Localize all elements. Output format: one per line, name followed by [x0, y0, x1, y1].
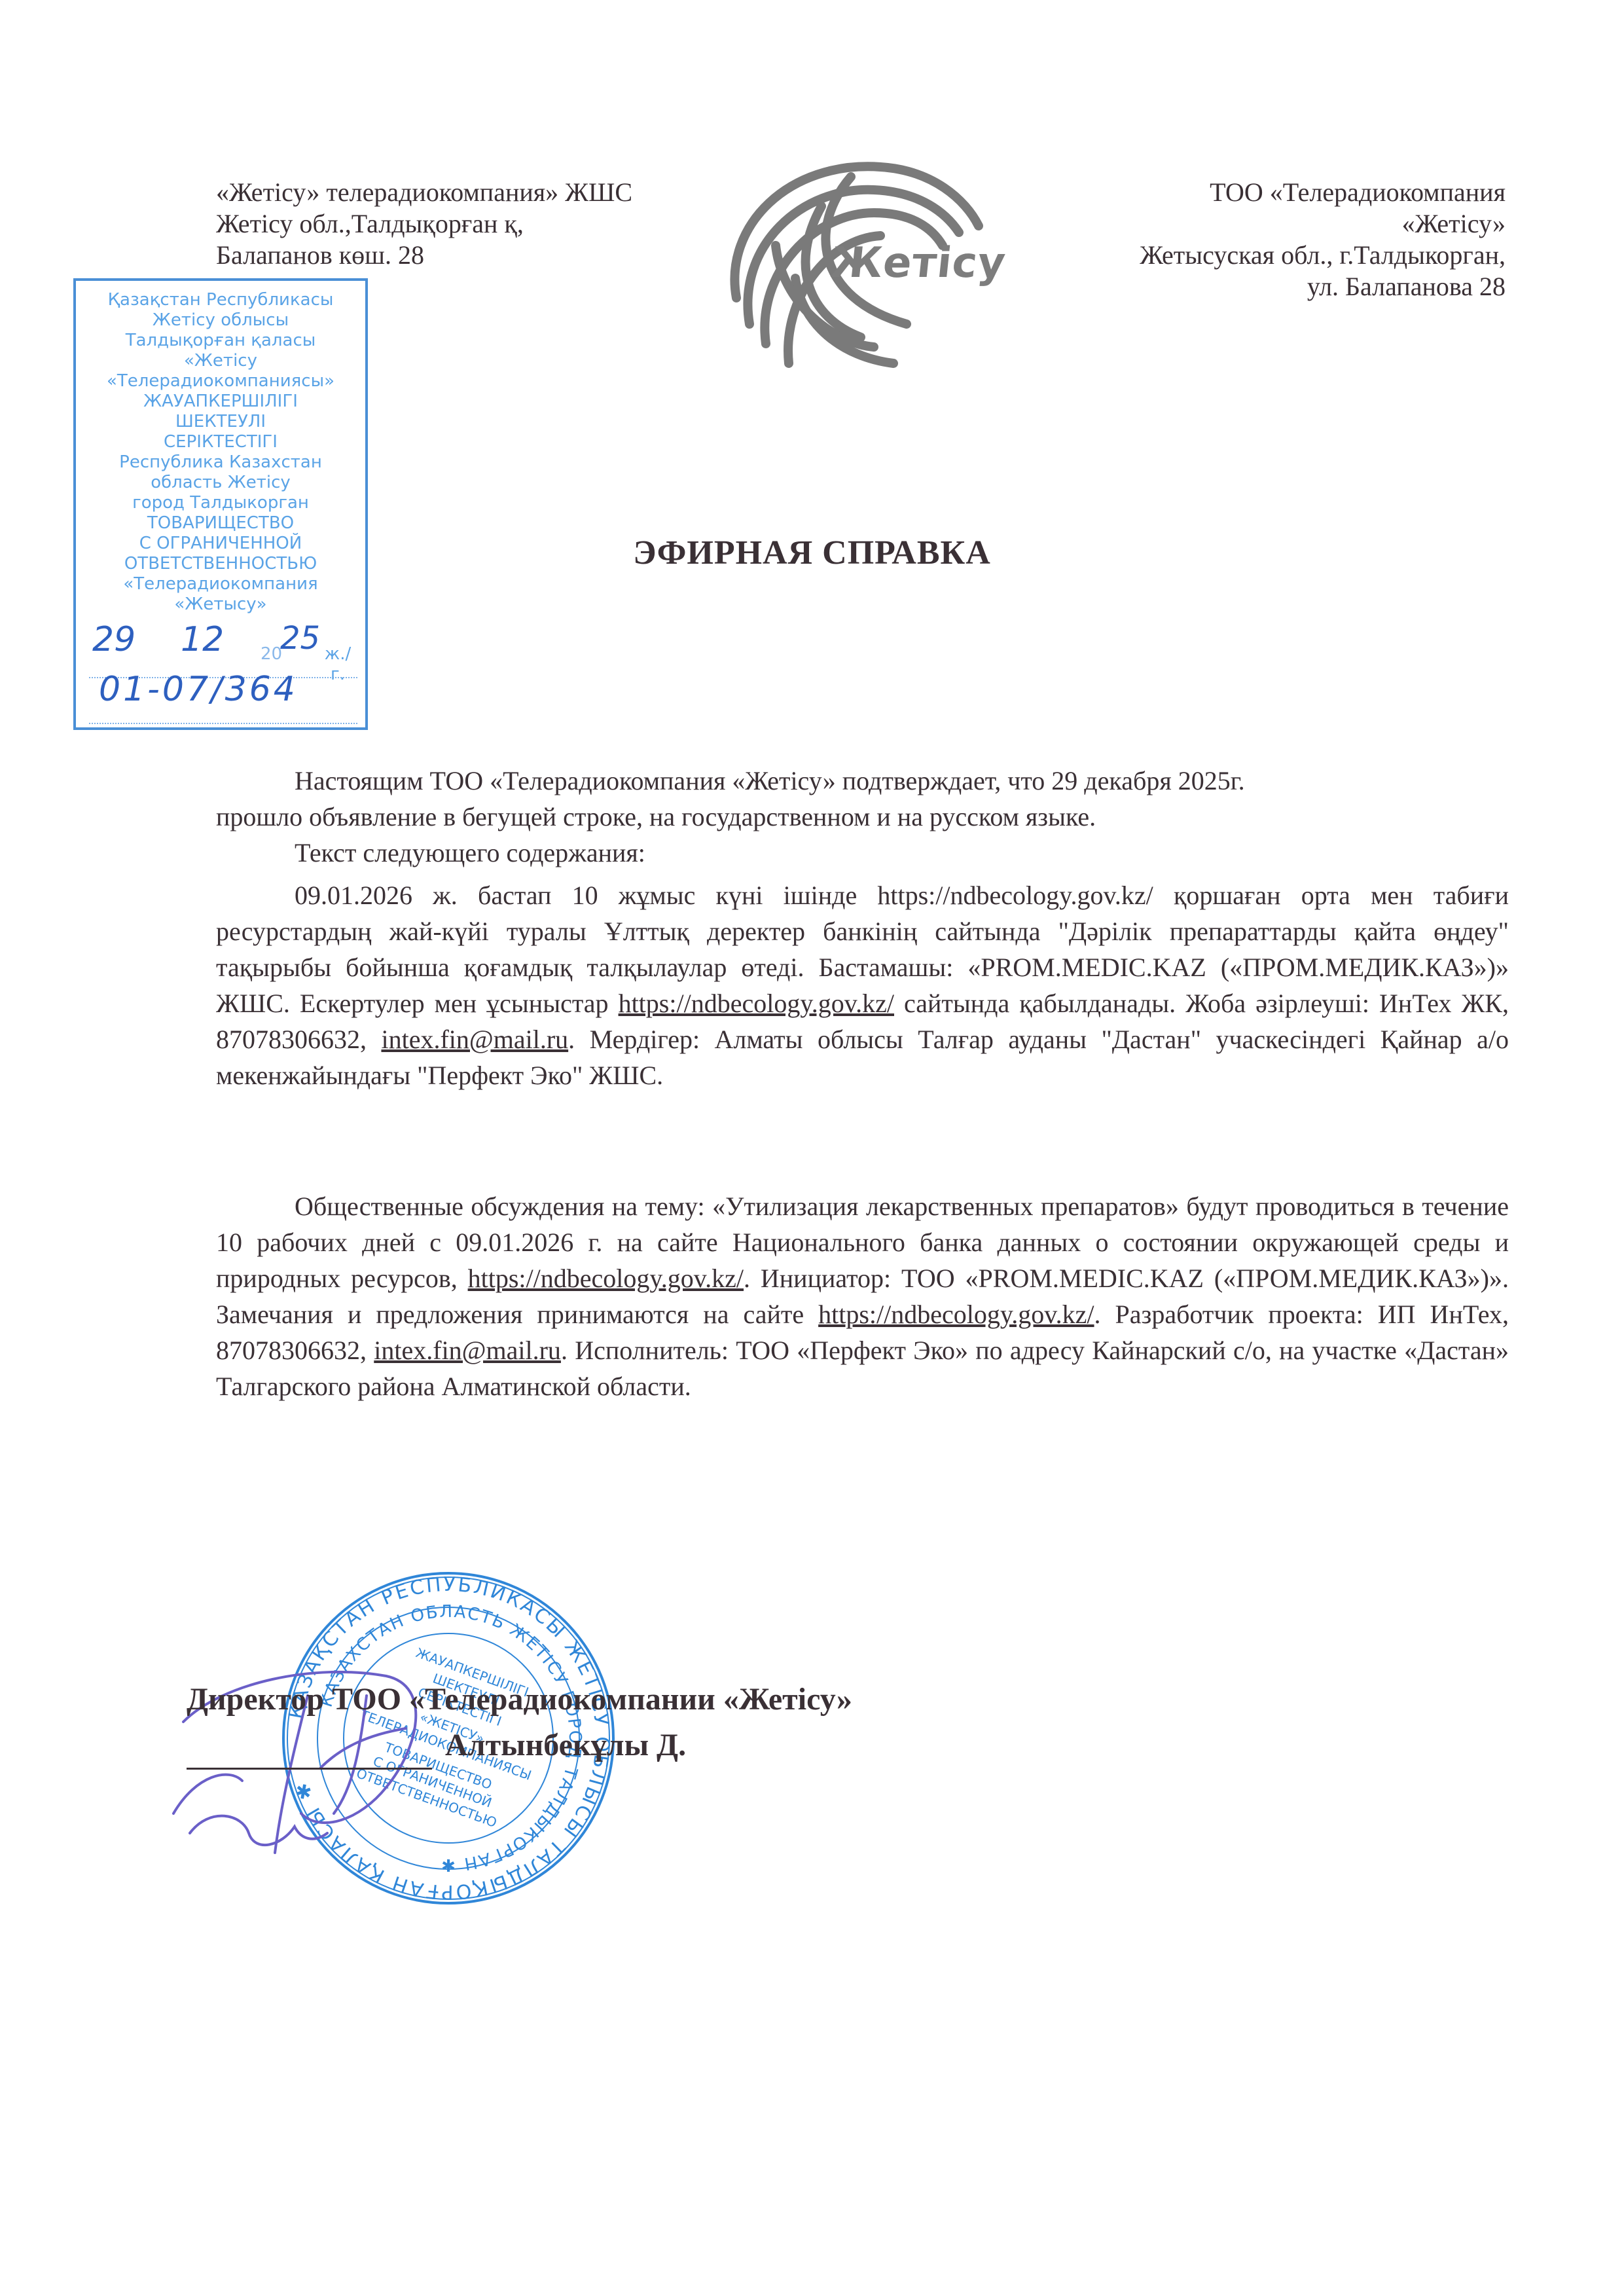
announcement-kz: 09.01.2026 ж. бастап 10 жұмыс күні ішінд… [216, 877, 1509, 1093]
signature-block: Директор ТОО «Телерадиокомпании «Жетісу» [187, 1679, 1103, 1720]
signature-line [187, 1768, 432, 1770]
announcement-ru: Общественные обсуждения на тему: «Утилиз… [216, 1188, 1509, 1404]
stamp-line: «Телерадиокомпания [76, 574, 365, 594]
signatory-name: Алтынбекұлы Д. [445, 1727, 686, 1763]
intro-paragraph: Настоящим ТОО «Телерадиокомпания «Жетісу… [216, 763, 1509, 871]
ru-email-link[interactable]: intex.fin@mail.ru [374, 1336, 561, 1365]
stamp-reg-number: 01-07/364 [99, 680, 298, 700]
intro-line2: прошло объявление в бегущей строке, на г… [216, 799, 1509, 835]
signatory-position: Директор ТОО «Телерадиокомпании «Жетісу» [187, 1679, 1103, 1720]
stamp-date-year: 25 [280, 629, 320, 649]
stamp-reg-number-row: 01-07/364 [89, 683, 357, 724]
company-name-ru-line2: «Жетісу» [1087, 208, 1506, 240]
company-name-ru-line1: ТОО «Телерадиокомпания [1087, 177, 1506, 208]
intro-line1: Настоящим ТОО «Телерадиокомпания «Жетісу… [216, 763, 1509, 799]
stamp-line: «Жетысу» [76, 594, 365, 615]
document-title: ЭФИРНАЯ СПРАВКА [0, 534, 1624, 572]
ru-link-ndbecology-2[interactable]: https://ndbecology.gov.kz/ [818, 1300, 1094, 1329]
company-name-kz: «Жетісу» телерадиокомпания» ЖШС [216, 177, 674, 208]
header-right-address-ru: ТОО «Телерадиокомпания «Жетісу» Жетысуск… [1087, 177, 1506, 302]
stamp-line: СЕРІКТЕСТІГІ [76, 432, 365, 452]
address-kz-line1: Жетісу обл.,Талдықорған қ, [216, 208, 674, 240]
logo-wordmark: Жетісу [829, 239, 1008, 287]
stamp-line: «Телерадиокомпаниясы» [76, 371, 365, 392]
stamp-line: Қазақстан Республикасы [76, 290, 365, 310]
address-kz-line2: Балапанов көш. 28 [216, 240, 674, 271]
stamp-line: Жетісу облысы [76, 310, 365, 331]
ru-link-ndbecology-1[interactable]: https://ndbecology.gov.kz/ [468, 1264, 744, 1293]
stamp-line: Республика Казахстан [76, 452, 365, 473]
intro-line3: Текст следующего содержания: [216, 835, 1509, 871]
stamp-date-year-prefix: 20 [261, 644, 282, 665]
kz-email-link[interactable]: intex.fin@mail.ru [381, 1025, 568, 1054]
stamp-line: область Жетісу [76, 473, 365, 493]
address-ru-line2: ул. Балапанова 28 [1087, 271, 1506, 302]
registration-stamp: Қазақстан Республикасы Жетісу облысы Тал… [73, 278, 368, 730]
stamp-line: ТОВАРИЩЕСТВО [76, 513, 365, 534]
stamp-line: ШЕКТЕУЛІ [76, 412, 365, 432]
kz-link-ndbecology[interactable]: https://ndbecology.gov.kz/ [619, 989, 894, 1018]
stamp-line: «Жетісу [76, 351, 365, 371]
stamp-line: ЖАУАПКЕРШІЛІГІ [76, 392, 365, 412]
stamp-date-suffix: ж./г. [318, 644, 357, 685]
company-logo: Жетісу [710, 147, 1051, 383]
stamp-line: Талдықорған қаласы [76, 331, 365, 351]
stamp-date-day: 29 [92, 630, 135, 650]
header-left-address-kz: «Жетісу» телерадиокомпания» ЖШС Жетісу о… [216, 177, 674, 271]
stamp-date-month: 12 [181, 630, 224, 650]
address-ru-line1: Жетысуская обл., г.Талдыкорган, [1087, 240, 1506, 271]
stamp-line: город Талдыкорган [76, 493, 365, 513]
